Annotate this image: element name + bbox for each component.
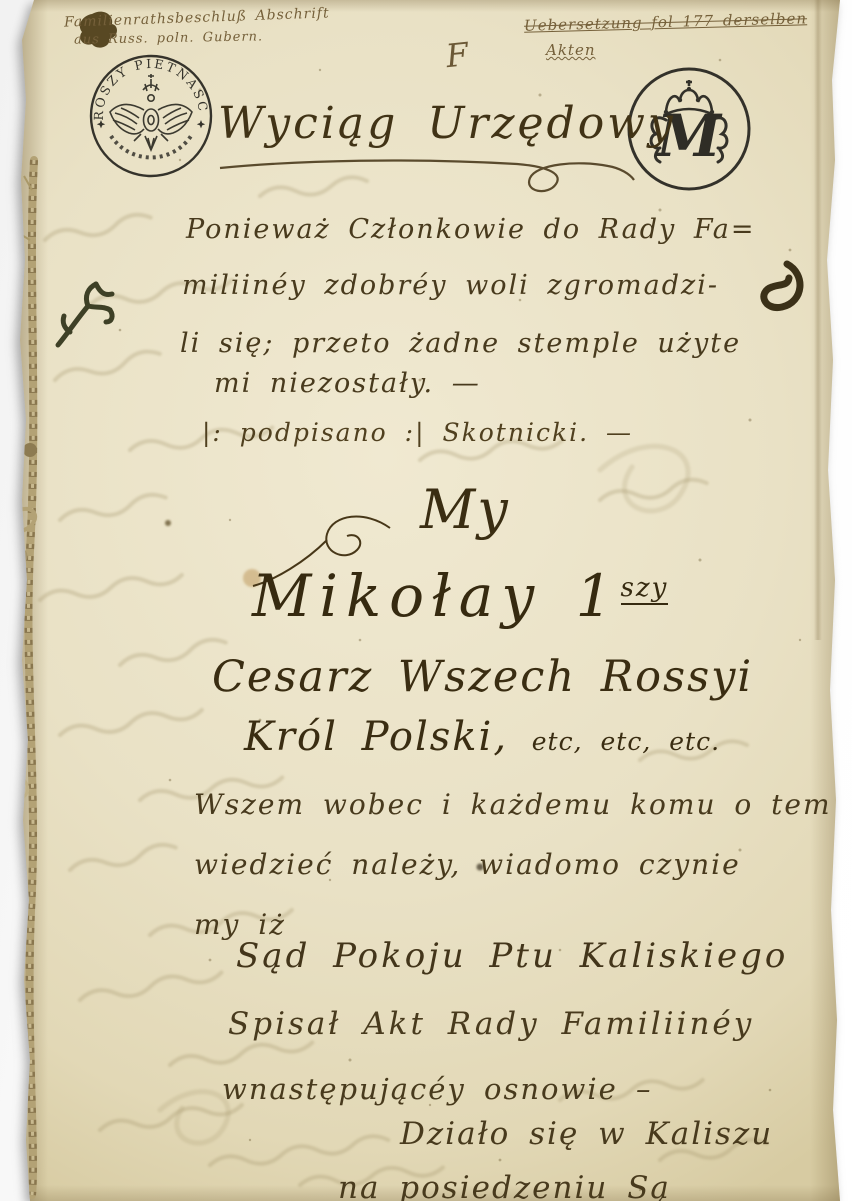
manuscript-page-wrap: GROSZY PIETNASCIE <box>0 0 852 1201</box>
manuscript-page: GROSZY PIETNASCIE <box>0 0 852 1201</box>
royal-title-king: Król Polski, etc, etc, etc. <box>244 714 720 760</box>
archival-note-top-right-line2: Akten <box>546 41 596 59</box>
court-line-2: Spisał Akt Rady Familiinéy <box>228 1006 754 1042</box>
royal-name-text: Mikołay 1 <box>252 562 621 630</box>
scanner-background: GROSZY PIETNASCIE <box>0 0 852 1201</box>
proclamation-line-2: wiedzieć należy, wiadomo czynie <box>194 848 741 881</box>
document-title: Wyciąg Urzędowy <box>218 98 676 149</box>
loose-thread <box>8 760 28 797</box>
heavy-ink-loop <box>764 264 800 308</box>
cord-knot <box>23 443 37 457</box>
preamble-line-2: miliinéy zdobréy woli zgromadzi- <box>182 270 719 301</box>
fee-stamp-ring-text: GROSZY PIETNASCIE <box>79 38 211 121</box>
ink-sprig-mark <box>58 284 112 345</box>
royal-we: My <box>420 478 510 541</box>
proclamation-line-1: Wszem wobec i każdemu komu o tem <box>194 788 832 821</box>
preamble-line-4: mi niezostały. — <box>214 368 481 399</box>
royal-title-king-text: Król Polski, <box>244 714 508 760</box>
title-underline-flourish <box>212 146 642 210</box>
preamble-line-3: li się; przeto żadne stemple użyte <box>180 328 741 359</box>
court-line-1: Sąd Pokoju Ptu Kaliskiego <box>236 936 788 976</box>
court-line-3: wnastępującéy osnowie – <box>222 1072 652 1106</box>
royal-etc: etc, etc, etc. <box>532 727 720 756</box>
royal-name-superscript: szy <box>621 573 669 605</box>
closing-line-2: na posiedzeniu Są <box>338 1170 671 1201</box>
crowned-eagle <box>110 74 192 150</box>
royal-title-emperor: Cesarz Wszech Rossyi <box>212 652 753 702</box>
signature-note: |: podpisano :| Skotnicki. — <box>202 418 633 447</box>
fee-stamp: GROSZY PIETNASCIE <box>85 50 217 182</box>
paraph-mark: F <box>444 35 472 75</box>
closing-line-1: Działo się w Kaliszu <box>400 1116 773 1152</box>
preamble-line-1: Ponieważ Członkowie do Rady Fa= <box>186 214 755 245</box>
binding-cord <box>4 150 56 1201</box>
royal-name: Mikołay 1szy <box>252 562 668 630</box>
